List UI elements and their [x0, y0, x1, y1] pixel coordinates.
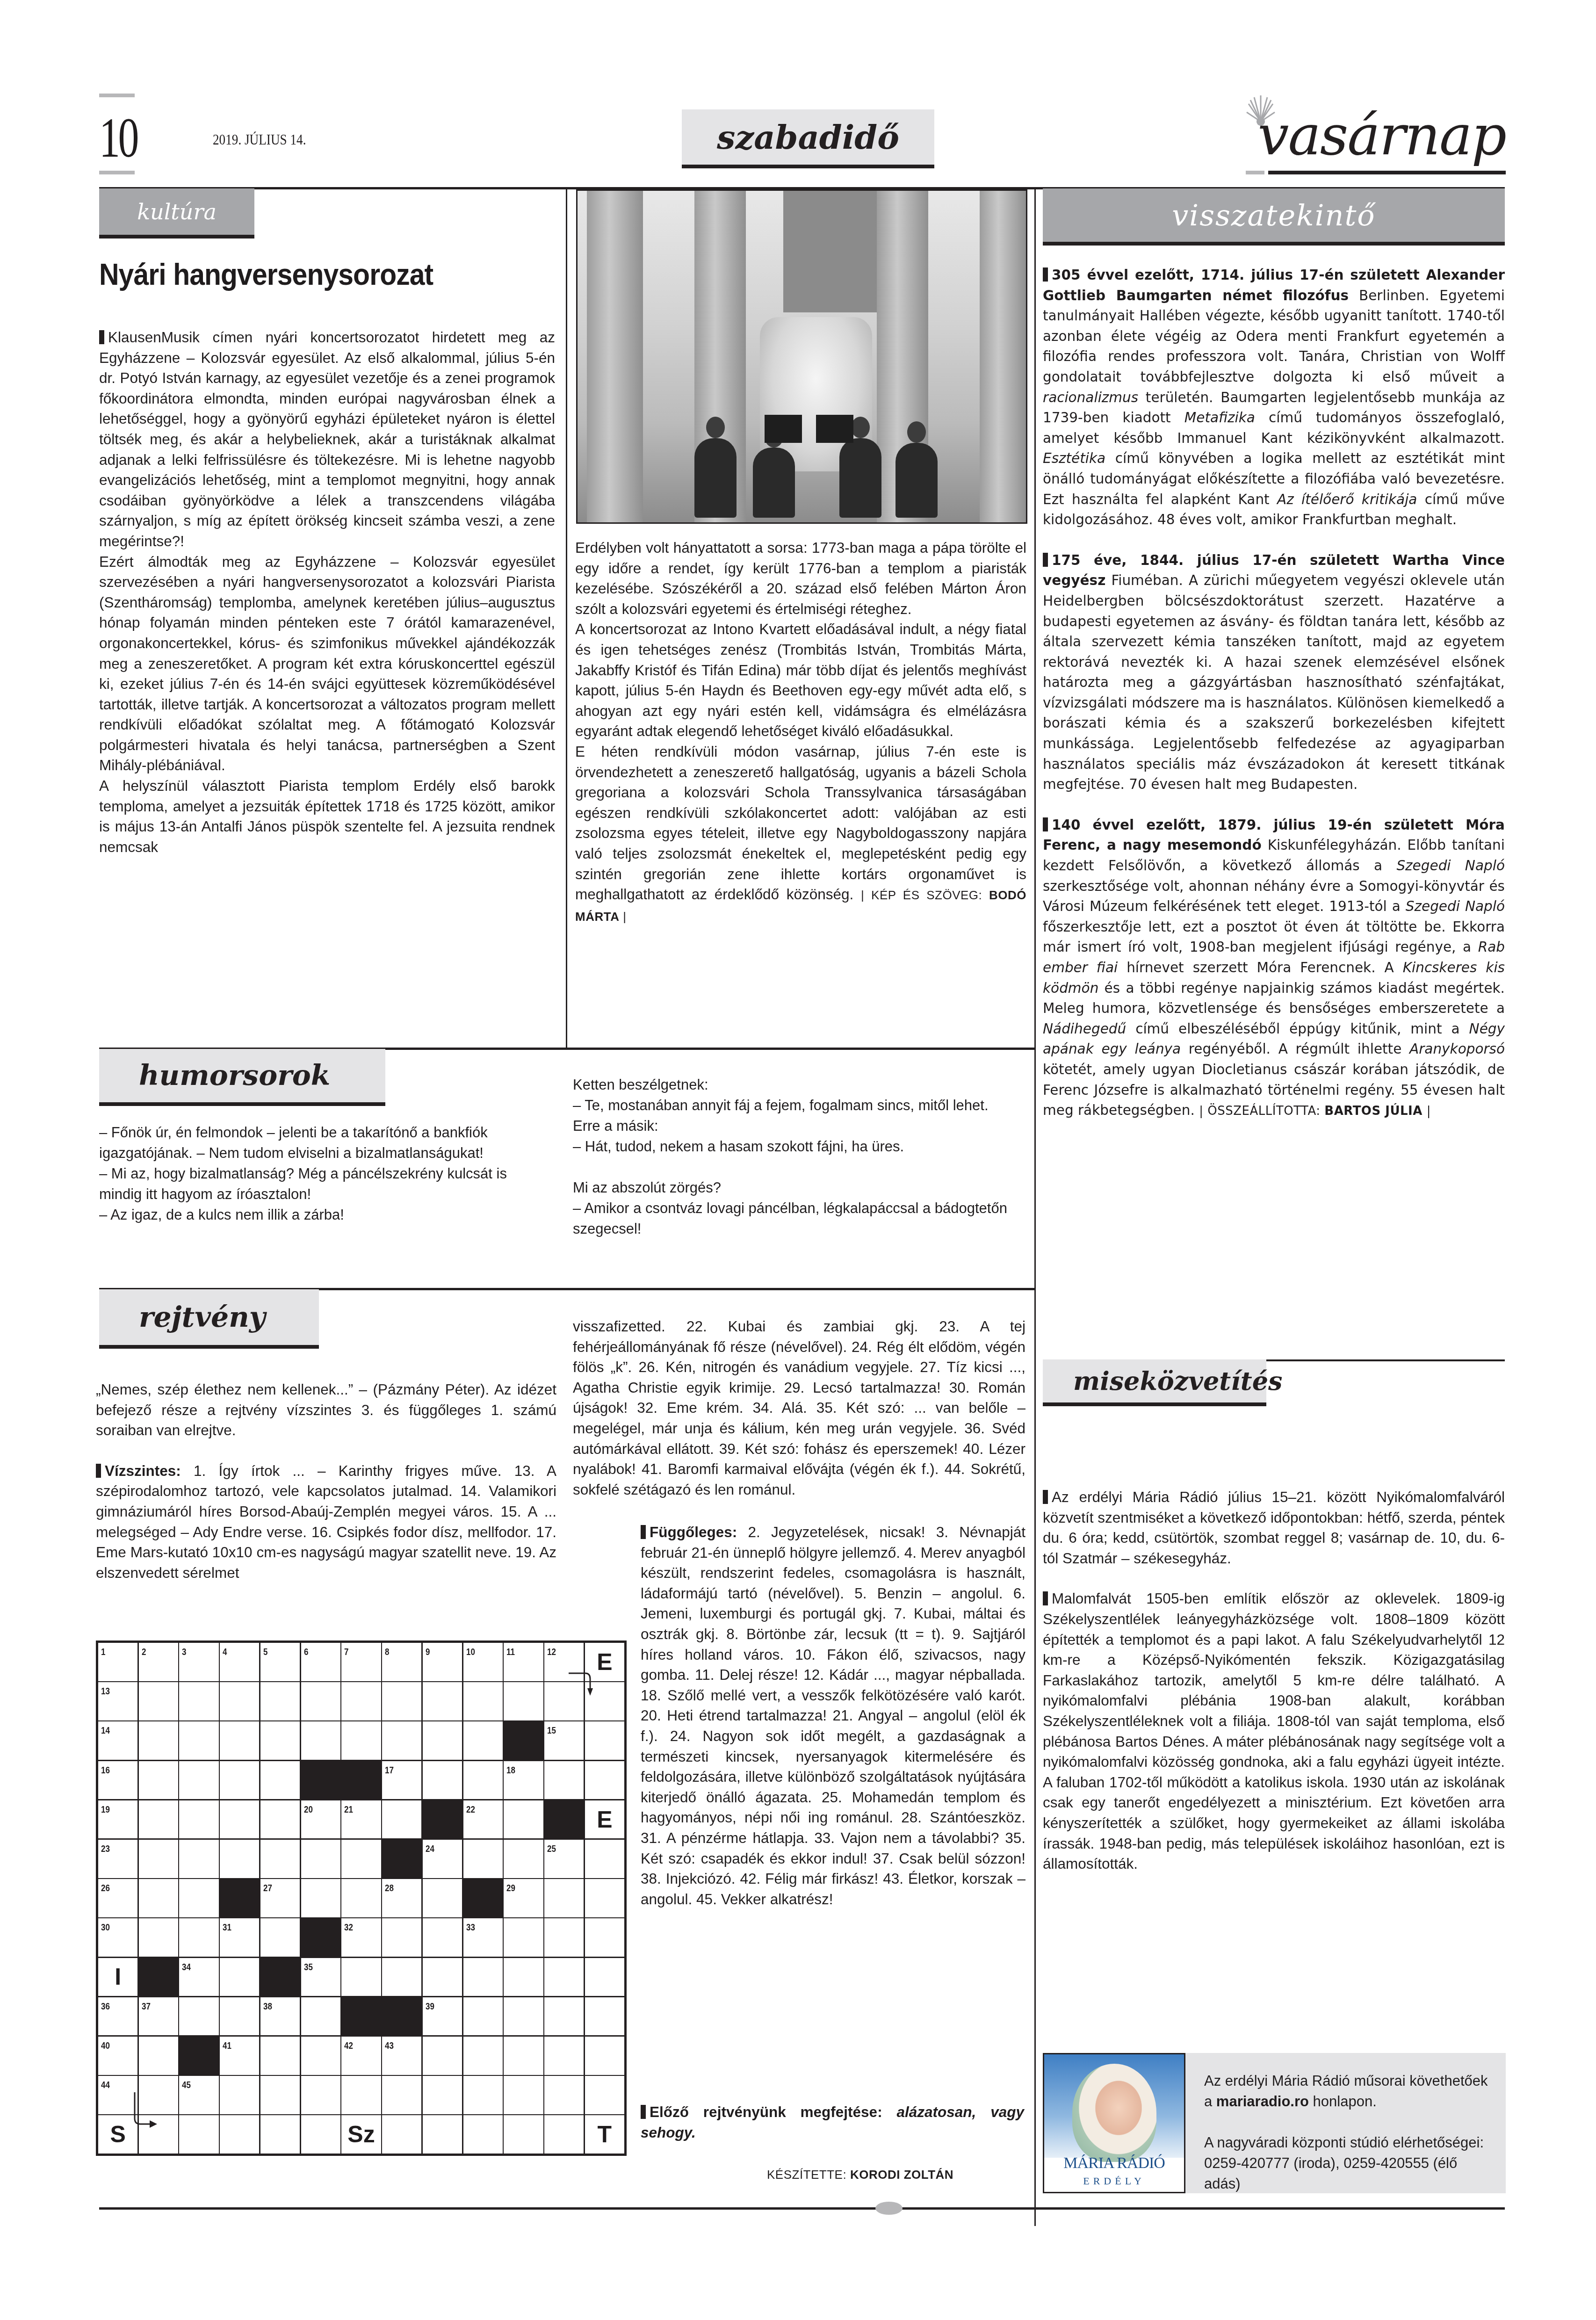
clue-number: 10: [466, 1647, 475, 1658]
joke-line: – Az igaz, de a kulcs nem illik a zárba!: [99, 1205, 548, 1225]
section-label-retrospective: visszatekintő: [1043, 187, 1505, 246]
clue-number: 28: [385, 1883, 394, 1894]
radio-contacts: A nagyváradi központi stúdió elérhetőség…: [1204, 2132, 1494, 2194]
crossword-cell[interactable]: [585, 1761, 624, 1800]
crossword-cell[interactable]: 11: [504, 1643, 543, 1681]
crossword-cell[interactable]: [260, 1840, 300, 1878]
crossword-cell[interactable]: [423, 2115, 462, 2154]
article-paragraph: E héten rendkívüli módon vasárnap, júliu…: [575, 742, 1026, 927]
crossword-cell[interactable]: 25: [544, 1840, 584, 1878]
crossword-cell[interactable]: [463, 2037, 503, 2075]
section-label-humor: humorsorok: [99, 1048, 385, 1106]
crossword-cell[interactable]: [220, 2076, 259, 2114]
column-divider-left: [566, 187, 567, 1048]
crossword-cell[interactable]: [544, 2076, 584, 2114]
crossword-cell[interactable]: [301, 2076, 340, 2114]
header-top-bar: [99, 94, 135, 97]
given-letter: T: [585, 2121, 624, 2148]
crossword-cell[interactable]: [341, 1958, 381, 1996]
crossword-cell[interactable]: [179, 1682, 218, 1720]
clue-number: 13: [101, 1686, 110, 1697]
photo-column: [980, 191, 1026, 522]
music-stand: [765, 415, 802, 443]
down-clues: Függőleges: 2. Jegyzetelések, nicsak! 3.…: [573, 1522, 1025, 2129]
crossword-cell[interactable]: [260, 1682, 300, 1720]
article-paragraph: A helyszínül választott Piarista templom…: [99, 776, 555, 857]
crossword-cell[interactable]: [504, 2037, 543, 2075]
crossword-cell[interactable]: 10: [463, 1643, 503, 1681]
clue-number: 20: [304, 1805, 313, 1815]
arrow-right-down-icon: [567, 1670, 595, 1698]
crossword-cell[interactable]: 5: [260, 1643, 300, 1681]
crossword-cell[interactable]: [301, 2037, 340, 2075]
article-body-middle: Erdélyben volt hányattatott a sorsa: 177…: [575, 538, 1026, 927]
crossword-block: [341, 1997, 381, 2036]
crossword-cell[interactable]: 30: [98, 1918, 137, 1957]
joke-line: – Amikor a csontváz lovagi páncélban, lé…: [573, 1198, 1022, 1239]
joke-spacer: [573, 1157, 1022, 1178]
musician-head: [907, 421, 926, 443]
crossword-cell[interactable]: 41: [220, 2037, 259, 2075]
radio-info: Az erdélyi Mária Rádió műsorai követhető…: [1204, 2071, 1494, 2194]
across-clues: Vízszintes: 1. Így írtok ... – Karinthy …: [96, 1461, 556, 1583]
crossword-cell[interactable]: [544, 1879, 584, 1917]
crossword-cell[interactable]: [341, 1840, 381, 1878]
clue-number: 27: [263, 1883, 272, 1894]
crossword-cell[interactable]: [179, 1840, 218, 1878]
crossword-cell[interactable]: [463, 1682, 503, 1720]
paragraph-marker: [96, 1464, 101, 1478]
crossword-cell[interactable]: [423, 1879, 462, 1917]
musician: [839, 438, 881, 518]
crossword-cell[interactable]: [220, 1721, 259, 1760]
clue-number: 34: [182, 1962, 191, 1973]
clue-number: 32: [344, 1922, 353, 1933]
crossword-cell[interactable]: [220, 2115, 259, 2154]
crossword-cell[interactable]: 26: [98, 1879, 137, 1917]
crossword-cell[interactable]: [463, 2076, 503, 2114]
crossword-cell[interactable]: [139, 1840, 178, 1878]
section-label-text: kultúra: [137, 199, 217, 224]
crossword-cell[interactable]: [382, 2115, 421, 2154]
crossword-cell[interactable]: [423, 1918, 462, 1957]
crossword-cell[interactable]: [463, 1840, 503, 1878]
paragraph-marker: [641, 1525, 646, 1539]
crossword-cell[interactable]: 35: [301, 1958, 340, 1996]
crossword-block: [301, 1918, 340, 1957]
retrospective-body: 305 évvel ezelőtt, 1714. július 17-én sz…: [1043, 265, 1505, 1122]
section-tab: szabadidő: [682, 109, 934, 168]
maria-radio-logo-image: MÁRIA RÁDIÓ ERDÉLY: [1043, 2053, 1185, 2193]
photo-column: [587, 191, 643, 522]
altar-painting: [783, 191, 877, 312]
clue-number: 17: [385, 1765, 394, 1776]
given-letter: E: [585, 1806, 624, 1833]
crossword-cell[interactable]: [504, 2076, 543, 2114]
musician-head: [851, 417, 870, 438]
clue-number: 38: [263, 2002, 272, 2012]
crossword-cell[interactable]: [301, 2115, 340, 2154]
clue-number: 21: [344, 1805, 353, 1815]
crossword-cell[interactable]: [463, 2115, 503, 2154]
crossword-cell[interactable]: [260, 1918, 300, 1957]
clue-number: 41: [223, 2041, 231, 2052]
crossword-cell[interactable]: 27: [260, 1879, 300, 1917]
crossword-cell[interactable]: 14: [98, 1721, 137, 1760]
crossword-cell[interactable]: [301, 1879, 340, 1917]
previous-solution: Előző rejtvényünk megfejtése: alázatosan…: [641, 2102, 1024, 2143]
crossword-block: [504, 1721, 543, 1760]
crossword-cell[interactable]: [220, 1800, 259, 1839]
paragraph-marker: [1043, 553, 1048, 567]
clue-number: 12: [547, 1647, 556, 1658]
issue-date: 2019. JÚLIUS 14.: [213, 131, 306, 148]
retro-entry: 305 évvel ezelőtt, 1714. július 17-én sz…: [1043, 265, 1505, 530]
section-label-text: rejtvény: [139, 1301, 266, 1334]
musician: [895, 443, 938, 518]
crossword-cell[interactable]: [260, 1800, 300, 1839]
crossword-cell[interactable]: [260, 2037, 300, 2075]
crossword-block: [382, 1840, 421, 1878]
paragraph-marker: [1043, 817, 1048, 831]
crossword-cell[interactable]: 9: [423, 1643, 462, 1681]
crossword-cell[interactable]: [260, 2076, 300, 2114]
radio-website-link[interactable]: mariaradio.ro: [1216, 2093, 1309, 2110]
maria-radio-box: MÁRIA RÁDIÓ ERDÉLY Az erdélyi Mária Rádi…: [1043, 2053, 1506, 2193]
retro-entry: 140 évvel ezelőtt, 1879. július 19-én sz…: [1043, 815, 1505, 1122]
crossword-cell[interactable]: [341, 2076, 381, 2114]
clue-number: 37: [142, 2002, 151, 2012]
clue-number: 26: [101, 1883, 110, 1894]
clue-number: 15: [547, 1726, 556, 1736]
mass-body: Az erdélyi Mária Rádió július 15–21. köz…: [1043, 1487, 1505, 1874]
mass-paragraph: Malomfalvát 1505-ben említik először az …: [1043, 1589, 1505, 1874]
crossword-cell[interactable]: [301, 1721, 340, 1760]
clue-number: 40: [101, 2041, 110, 2052]
crossword-cell[interactable]: [179, 1997, 218, 2036]
radio-logo-text: MÁRIA RÁDIÓ: [1044, 2154, 1184, 2172]
crossword-cell[interactable]: 29: [504, 1879, 543, 1917]
crossword-cell[interactable]: [423, 2076, 462, 2114]
crossword-cell[interactable]: 13: [98, 1682, 137, 1720]
crossword-cell[interactable]: [382, 1721, 421, 1760]
section-label-puzzle: rejtvény: [99, 1288, 319, 1349]
crossword-cell[interactable]: 42: [341, 2037, 381, 2075]
crossword-cell[interactable]: 31: [220, 1918, 259, 1957]
publication-name: vasárnap: [1258, 103, 1506, 167]
clue-number: 25: [547, 1844, 556, 1855]
bottom-ornament: [875, 2202, 903, 2215]
humor-joke-right: Ketten beszélgetnek: – Te, mostanában an…: [573, 1075, 1022, 1239]
article-body-left: KlausenMusik címen nyári koncertsorozato…: [99, 327, 555, 857]
crossword-cell[interactable]: [139, 1761, 178, 1800]
paragraph-marker: [1043, 267, 1048, 282]
crossword-cell[interactable]: 16: [98, 1761, 137, 1800]
crossword-cell[interactable]: [179, 1721, 218, 1760]
crossword-block: [341, 1761, 381, 1800]
section-label-mass: miseközvetítés: [1043, 1359, 1266, 1406]
paragraph-marker: [99, 330, 104, 344]
crossword-cell[interactable]: I: [98, 1958, 137, 1996]
crossword-cell[interactable]: 4: [220, 1643, 259, 1681]
clue-number: 45: [182, 2080, 191, 2091]
crossword-cell[interactable]: 45: [179, 2076, 218, 2114]
paragraph-marker: [1043, 1591, 1048, 1605]
clue-number: 9: [426, 1647, 430, 1658]
page-number: 10: [99, 110, 137, 166]
clue-number: 30: [101, 1922, 110, 1933]
clue-number: 35: [304, 1962, 313, 1973]
concert-photo: [576, 189, 1027, 524]
crossword-block: [139, 1958, 178, 1996]
across-clues-continued: visszafizetted. 22. Kubai és zambiai gkj…: [573, 1316, 1025, 1500]
crossword-block: [179, 2037, 218, 2075]
mass-paragraph: Az erdélyi Mária Rádió július 15–21. köz…: [1043, 1487, 1505, 1568]
clue-number: 33: [466, 1922, 475, 1933]
crossword-cell[interactable]: 34: [179, 1958, 218, 1996]
puzzle-intro: „Nemes, szép élethez nem kellenek...” – …: [96, 1380, 556, 1583]
logo-rule: [1268, 171, 1506, 174]
crossword-cell[interactable]: [423, 1958, 462, 1996]
crossword-cell[interactable]: 33: [463, 1918, 503, 1957]
crossword-block: [260, 1958, 300, 1996]
crossword-cell[interactable]: 22: [463, 1800, 503, 1839]
crossword-cell[interactable]: [504, 1997, 543, 2036]
section-label-text: visszatekintő: [1172, 198, 1375, 232]
crossword-cell[interactable]: [463, 1761, 503, 1800]
arrow-down-right-icon: [131, 2090, 159, 2132]
crossword-cell[interactable]: [139, 1682, 178, 1720]
article-paragraph: Ezért álmodták meg az Egyházzene – Koloz…: [99, 552, 555, 776]
crossword-cell[interactable]: [220, 1682, 259, 1720]
crossword-cell[interactable]: 37: [139, 1997, 178, 2036]
clue-number: 3: [182, 1647, 186, 1658]
clue-number: 4: [223, 1647, 227, 1658]
musician: [694, 438, 737, 518]
clue-number: 31: [223, 1922, 231, 1933]
crossword-cell[interactable]: [382, 1958, 421, 1996]
crossword-cell[interactable]: [382, 2076, 421, 2114]
crossword-cell[interactable]: [301, 1997, 340, 2036]
paragraph-marker: [641, 2105, 646, 2119]
crossword-cell[interactable]: [260, 1761, 300, 1800]
crossword-cell[interactable]: [463, 1958, 503, 1996]
joke-line: Ketten beszélgetnek:: [573, 1075, 1022, 1095]
crossword-block: [423, 1800, 462, 1839]
crossword-cell[interactable]: [139, 1918, 178, 1957]
crossword-cell[interactable]: [585, 1918, 624, 1957]
crossword-cell[interactable]: [585, 1840, 624, 1878]
publication-logo: vasárnap: [1244, 94, 1506, 182]
crossword-cell[interactable]: [382, 1800, 421, 1839]
column-divider-right: [1034, 187, 1036, 2226]
clue-number: 44: [101, 2080, 110, 2091]
crossword-cell[interactable]: [585, 2076, 624, 2114]
clue-number: 7: [344, 1647, 348, 1658]
header-bottom-bar: [99, 171, 135, 174]
crossword-cell[interactable]: [504, 1682, 543, 1720]
crossword-cell[interactable]: [220, 1840, 259, 1878]
crossword-cell[interactable]: [504, 1918, 543, 1957]
crossword-cell[interactable]: [463, 1721, 503, 1760]
crossword-cell[interactable]: [544, 1958, 584, 1996]
crossword-cell[interactable]: [544, 1761, 584, 1800]
crossword-cell[interactable]: 36: [98, 1997, 137, 2036]
crossword-cell[interactable]: [301, 1840, 340, 1878]
clue-number: 36: [101, 2002, 110, 2012]
crossword-cell[interactable]: 7: [341, 1643, 381, 1681]
crossword-cell[interactable]: [139, 1721, 178, 1760]
crossword-cell[interactable]: [544, 2115, 584, 2154]
crossword-cell[interactable]: [220, 1958, 259, 1996]
musician: [753, 448, 795, 518]
clue-number: 39: [426, 2002, 434, 2012]
crossword-block: [220, 1879, 259, 1917]
crossword-cell[interactable]: [179, 1879, 218, 1917]
crossword-cell[interactable]: 2: [139, 1643, 178, 1681]
crossword-cell[interactable]: [423, 1761, 462, 1800]
section-label-culture: kultúra: [99, 187, 254, 239]
madonna-portrait: [1072, 2064, 1156, 2162]
clue-number: 23: [101, 1844, 110, 1855]
crossword-cell[interactable]: [463, 1997, 503, 2036]
crossword-cell[interactable]: 8: [382, 1643, 421, 1681]
clue-number: 19: [101, 1805, 110, 1815]
crossword-cell[interactable]: [301, 1682, 340, 1720]
article-paragraph: A koncertsorozat az Intono Kvartett előa…: [575, 619, 1026, 742]
crossword-cell[interactable]: [382, 1682, 421, 1720]
crossword-cell[interactable]: [179, 1918, 218, 1957]
crossword-cell[interactable]: 18: [504, 1761, 543, 1800]
crossword-cell[interactable]: [260, 1721, 300, 1760]
crossword-grid[interactable]: 123456789101112E13141516171819202122E232…: [96, 1641, 627, 2156]
crossword-cell[interactable]: [179, 2115, 218, 2154]
clue-number: 2: [142, 1647, 146, 1658]
crossword-cell[interactable]: 6: [301, 1643, 340, 1681]
musician-head: [706, 417, 725, 438]
crossword-cell[interactable]: [341, 1879, 381, 1917]
crossword-cell[interactable]: [544, 2037, 584, 2075]
crossword-cell[interactable]: [382, 1918, 421, 1957]
crossword-cell[interactable]: 15: [544, 1721, 584, 1760]
crossword-cell[interactable]: 1: [98, 1643, 137, 1681]
puzzle-author: KORODI ZOLTÁN: [850, 2168, 953, 2182]
clue-number: 8: [385, 1647, 389, 1658]
article-headline: Nyári hangversenysorozat: [99, 257, 433, 292]
crossword-cell[interactable]: [504, 1958, 543, 1996]
given-letter: Sz: [341, 2121, 381, 2148]
clue-number: 5: [263, 1647, 267, 1658]
crossword-cell[interactable]: [423, 1682, 462, 1720]
crossword-cell[interactable]: [341, 1721, 381, 1760]
clue-number: 42: [344, 2041, 353, 2052]
bottom-rule: [99, 2207, 1505, 2210]
joke-line: Erre a másik:: [573, 1116, 1022, 1136]
crossword-cell[interactable]: T: [585, 2115, 624, 2154]
crossword-cell[interactable]: [139, 2037, 178, 2075]
crossword-cell[interactable]: [585, 1958, 624, 1996]
crossword-cell[interactable]: [139, 1800, 178, 1839]
joke-line: – Te, mostanában annyit fáj a fejem, fog…: [573, 1095, 1022, 1116]
radio-logo-subtitle: ERDÉLY: [1044, 2175, 1184, 2187]
crossword-cell[interactable]: 3: [179, 1643, 218, 1681]
joke-line: Mi az abszolút zörgés?: [573, 1178, 1022, 1198]
crossword-cell[interactable]: [585, 1721, 624, 1760]
crossword-cell[interactable]: 28: [382, 1879, 421, 1917]
logo-rule-accent: [1246, 171, 1264, 174]
crossword-cell[interactable]: [544, 1997, 584, 2036]
crossword-cell[interactable]: [585, 1997, 624, 2036]
crossword-cell[interactable]: 24: [423, 1840, 462, 1878]
crossword-cell[interactable]: E: [585, 1800, 624, 1839]
crossword-cell[interactable]: [504, 1800, 543, 1839]
crossword-cell[interactable]: 38: [260, 1997, 300, 2036]
crossword-block: [463, 1879, 503, 1917]
clue-number: 24: [426, 1844, 434, 1855]
crossword-cell[interactable]: [504, 1840, 543, 1878]
clue-number: 16: [101, 1765, 110, 1776]
crossword-cell[interactable]: 19: [98, 1800, 137, 1839]
joke-line: – Főnök úr, én felmondok – jelenti be a …: [99, 1122, 548, 1164]
clue-number: 22: [466, 1805, 475, 1815]
crossword-cell[interactable]: [504, 2115, 543, 2154]
clue-number: 1: [101, 1647, 105, 1658]
crossword-cell[interactable]: [260, 2115, 300, 2154]
crossword-cell[interactable]: 32: [341, 1918, 381, 1957]
joke-line: – Hát, tudod, nekem a hasam szokott fájn…: [573, 1136, 1022, 1157]
crossword-cell[interactable]: [544, 1918, 584, 1957]
joke-line: – Mi az, hogy bizalmatlanság? Még a pánc…: [99, 1164, 548, 1205]
crossword-cell[interactable]: [585, 2037, 624, 2075]
puzzle-byline: KÉSZÍTETTE: KORODI ZOLTÁN: [767, 2168, 953, 2182]
clue-number: 11: [506, 1647, 515, 1658]
crossword-cell[interactable]: 43: [382, 2037, 421, 2075]
section-name: szabadidő: [717, 118, 899, 157]
crossword-cell[interactable]: [341, 1682, 381, 1720]
music-stand: [816, 415, 853, 443]
crossword-cell[interactable]: [585, 1879, 624, 1917]
retro-entry: 175 éve, 1844. július 17-én született Wa…: [1043, 550, 1505, 795]
crossword-cell[interactable]: [220, 1997, 259, 2036]
crossword-cell[interactable]: [423, 2037, 462, 2075]
crossword-block: [544, 1800, 584, 1839]
crossword-cell[interactable]: 23: [98, 1840, 137, 1878]
retro-author: BARTOS JÚLIA: [1324, 1104, 1423, 1118]
crossword-cell[interactable]: 40: [98, 2037, 137, 2075]
crossword-cell[interactable]: 39: [423, 1997, 462, 2036]
crossword-block: [382, 1997, 421, 2036]
clue-number: 29: [506, 1883, 515, 1894]
puzzle-clues-middle: visszafizetted. 22. Kubai és zambiai gkj…: [573, 1316, 1025, 1520]
crossword-cell[interactable]: [179, 1761, 218, 1800]
clue-number: 6: [304, 1647, 308, 1658]
paragraph-marker: [1043, 1490, 1048, 1504]
retro-byline: | ÖSSZEÁLLÍTOTTA: BARTOS JÚLIA |: [1199, 1104, 1431, 1118]
crossword-cell[interactable]: [220, 1761, 259, 1800]
section-label-text: miseközvetítés: [1073, 1366, 1282, 1396]
clue-number: 43: [385, 2041, 394, 2052]
crossword-cell[interactable]: [139, 1879, 178, 1917]
crossword-cell[interactable]: [179, 1800, 218, 1839]
crossword-cell[interactable]: 21: [341, 1800, 381, 1839]
crossword-cell[interactable]: Sz: [341, 2115, 381, 2154]
crossword-cell[interactable]: 20: [301, 1800, 340, 1839]
article-paragraph: KlausenMusik címen nyári koncertsorozato…: [99, 327, 555, 552]
crossword-block: [301, 1761, 340, 1800]
crossword-cell[interactable]: 17: [382, 1761, 421, 1800]
crossword-cell[interactable]: [423, 1721, 462, 1760]
article-paragraph: Erdélyben volt hányattatott a sorsa: 177…: [575, 538, 1026, 619]
